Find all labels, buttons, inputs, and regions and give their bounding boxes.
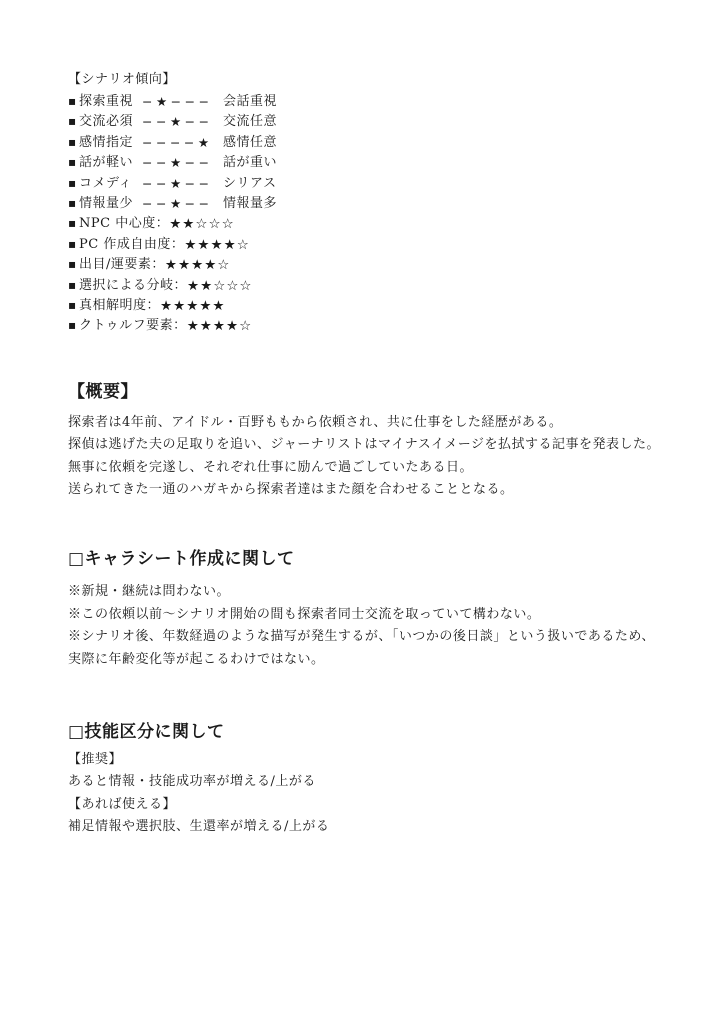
tendency-rating-row: ▪ 真相解明度： ★★★★★: [68, 296, 664, 316]
rating-stars: ★★★★★: [160, 296, 226, 316]
charsheet-heading: □キャラシート作成に関して: [68, 548, 664, 571]
charsheet-body: ※新規・継続は問わない。 ※この依頼以前〜シナリオ開始の間も探索者同士交流を取っ…: [68, 581, 664, 671]
scale-left-label: 話が軽い: [79, 153, 142, 173]
section-scenario-tendency: 【シナリオ傾向】 ▪ 探索重視 −★−−− 会話重視 ▪ 交流必須 −−★−− …: [68, 70, 664, 337]
tendency-scale-row: ▪ 話が軽い −−★−− 話が重い: [68, 153, 664, 173]
scale-left-label: 探索重視: [79, 92, 142, 112]
skills-line: 補足情報や選択肢、生還率が増える/上がる: [68, 816, 664, 838]
tendency-rating-row: ▪ 出目/運要素： ★★★★☆: [68, 255, 664, 275]
skills-heading: □技能区分に関して: [68, 721, 664, 744]
skills-body: 【推奨】 あると情報・技能成功率が増える/上がる 【あれば使える】 補足情報や選…: [68, 749, 664, 839]
rating-stars: ★★☆☆☆: [169, 214, 235, 234]
tendency-rating-row: ▪ PC 作成自由度： ★★★★☆: [68, 235, 664, 255]
scale-right-label: 会話重視: [223, 92, 277, 112]
skills-line: 【あれば使える】: [68, 794, 664, 816]
scale-right-label: 情報量多: [223, 194, 277, 214]
tendency-scale-row: ▪ 探索重視 −★−−− 会話重視: [68, 92, 664, 112]
rating-label: 真相解明度：: [79, 296, 160, 316]
bullet-square-icon: ▪: [68, 111, 79, 131]
document-page: 【シナリオ傾向】 ▪ 探索重視 −★−−− 会話重視 ▪ 交流必須 −−★−− …: [0, 0, 724, 1024]
tendency-scale-row: ▪ 交流必須 −−★−− 交流任意: [68, 112, 664, 132]
scale-left-label: 情報量少: [79, 194, 142, 214]
rating-label: 出目/運要素：: [79, 255, 165, 275]
tendency-scale-row: ▪ コメディ −−★−− シリアス: [68, 174, 664, 194]
scale-right-label: 感情任意: [223, 133, 277, 153]
section-skills: □技能区分に関して 【推奨】 あると情報・技能成功率が増える/上がる 【あれば使…: [68, 721, 664, 839]
section-overview: 【概要】 探索者は4年前、アイドル・百野ももから依頼され、共に仕事をした経歴があ…: [68, 381, 664, 502]
rating-label: 選択による分岐：: [79, 276, 187, 296]
section-charsheet: □キャラシート作成に関して ※新規・継続は問わない。 ※この依頼以前〜シナリオ開…: [68, 548, 664, 671]
rating-stars: ★★★★☆: [187, 316, 253, 336]
bullet-square-icon: ▪: [68, 213, 79, 233]
bullet-square-icon: ▪: [68, 91, 79, 111]
rating-label: NPC 中心度：: [79, 214, 169, 234]
scale-meter: −−★−−: [142, 153, 223, 173]
bullet-square-icon: ▪: [68, 315, 79, 335]
rating-stars: ★★★★☆: [184, 235, 250, 255]
skills-line: 【推奨】: [68, 749, 664, 771]
bullet-square-icon: ▪: [68, 173, 79, 193]
overview-body: 探索者は4年前、アイドル・百野ももから依頼され、共に仕事をした経歴がある。 探偵…: [68, 412, 664, 502]
bullet-square-icon: ▪: [68, 254, 79, 274]
charsheet-note: ※この依頼以前〜シナリオ開始の間も探索者同士交流を取っていて構わない。: [68, 604, 664, 626]
tendency-rating-row: ▪ NPC 中心度： ★★☆☆☆: [68, 214, 664, 234]
overview-line: 探偵は逃げた夫の足取りを追い、ジャーナリストはマイナスイメージを払拭する記事を発…: [68, 434, 664, 456]
overview-line: 送られてきた一通のハガキから探索者達はまた顔を合わせることとなる。: [68, 479, 664, 501]
scale-left-label: コメディ: [79, 174, 142, 194]
tendency-scale-row: ▪ 感情指定 −−−−★ 感情任意: [68, 133, 664, 153]
scale-meter: −−★−−: [142, 112, 223, 132]
overview-heading: 【概要】: [68, 381, 664, 404]
bullet-square-icon: ▪: [68, 295, 79, 315]
bullet-square-icon: ▪: [68, 275, 79, 295]
scale-right-label: シリアス: [223, 174, 276, 194]
scale-right-label: 話が重い: [223, 153, 277, 173]
scale-meter: −−★−−: [142, 174, 223, 194]
tendency-scale-row: ▪ 情報量少 −−★−− 情報量多: [68, 194, 664, 214]
scale-right-label: 交流任意: [223, 112, 277, 132]
rating-label: クトゥルフ要素：: [79, 316, 187, 336]
scale-left-label: 交流必須: [79, 112, 142, 132]
tendency-rating-row: ▪ 選択による分岐： ★★☆☆☆: [68, 276, 664, 296]
bullet-square-icon: ▪: [68, 234, 79, 254]
charsheet-note: ※シナリオ後、年数経過のような描写が発生するが、「いつかの後日談」という扱いであ…: [68, 626, 664, 671]
charsheet-note: ※新規・継続は問わない。: [68, 581, 664, 603]
scenario-tendency-title: 【シナリオ傾向】: [68, 70, 664, 90]
scale-meter: −−−−★: [142, 133, 223, 153]
skills-line: あると情報・技能成功率が増える/上がる: [68, 771, 664, 793]
scale-meter: −★−−−: [142, 92, 223, 112]
bullet-square-icon: ▪: [68, 152, 79, 172]
bullet-square-icon: ▪: [68, 193, 79, 213]
overview-line: 無事に依頼を完遂し、それぞれ仕事に励んで過ごしていたある日。: [68, 457, 664, 479]
bullet-square-icon: ▪: [68, 132, 79, 152]
tendency-rating-row: ▪ クトゥルフ要素： ★★★★☆: [68, 316, 664, 336]
rating-stars: ★★★★☆: [165, 255, 231, 275]
page-content: 【シナリオ傾向】 ▪ 探索重視 −★−−− 会話重視 ▪ 交流必須 −−★−− …: [0, 0, 724, 839]
rating-label: PC 作成自由度：: [79, 235, 184, 255]
scale-left-label: 感情指定: [79, 133, 142, 153]
rating-stars: ★★☆☆☆: [187, 276, 253, 296]
overview-line: 探索者は4年前、アイドル・百野ももから依頼され、共に仕事をした経歴がある。: [68, 412, 664, 434]
scale-meter: −−★−−: [142, 194, 223, 214]
